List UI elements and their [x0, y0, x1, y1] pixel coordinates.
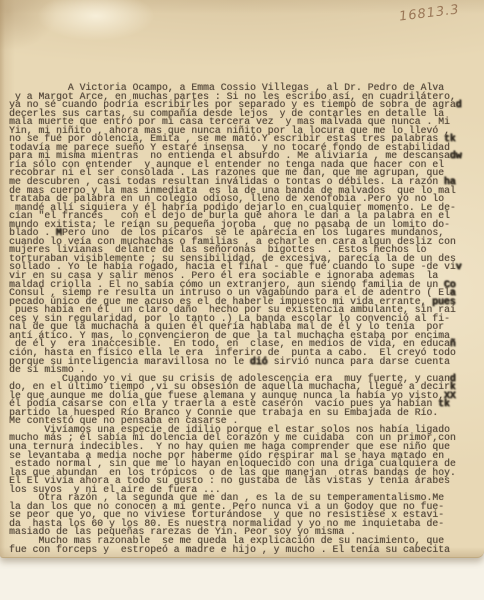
overstruck-text: ha — [444, 176, 456, 187]
archive-number: 16813.3 — [399, 2, 461, 24]
overstruck-text: tk — [438, 398, 450, 409]
overstruck-text: M — [56, 227, 62, 238]
letter-line: fue con forceps y estropeó a madre e hij… — [9, 546, 481, 555]
overstruck-text: d — [456, 99, 462, 110]
overstruck-text: pues — [432, 296, 456, 307]
overstruck-text: dió — [250, 356, 268, 367]
letter-page: 16813.3 A Victoria Ocampo, a Emma Cossio… — [0, 0, 484, 558]
overstruck-text: ñ — [450, 338, 456, 349]
scan-background: 16813.3 A Victoria Ocampo, a Emma Cossio… — [0, 0, 484, 600]
overstruck-text: v — [456, 261, 462, 272]
letter-body: A Victoria Ocampo, a Emma Cossio Villega… — [9, 84, 481, 554]
overstruck-text: tk — [444, 133, 456, 144]
overstruck-text: dw — [450, 150, 462, 161]
